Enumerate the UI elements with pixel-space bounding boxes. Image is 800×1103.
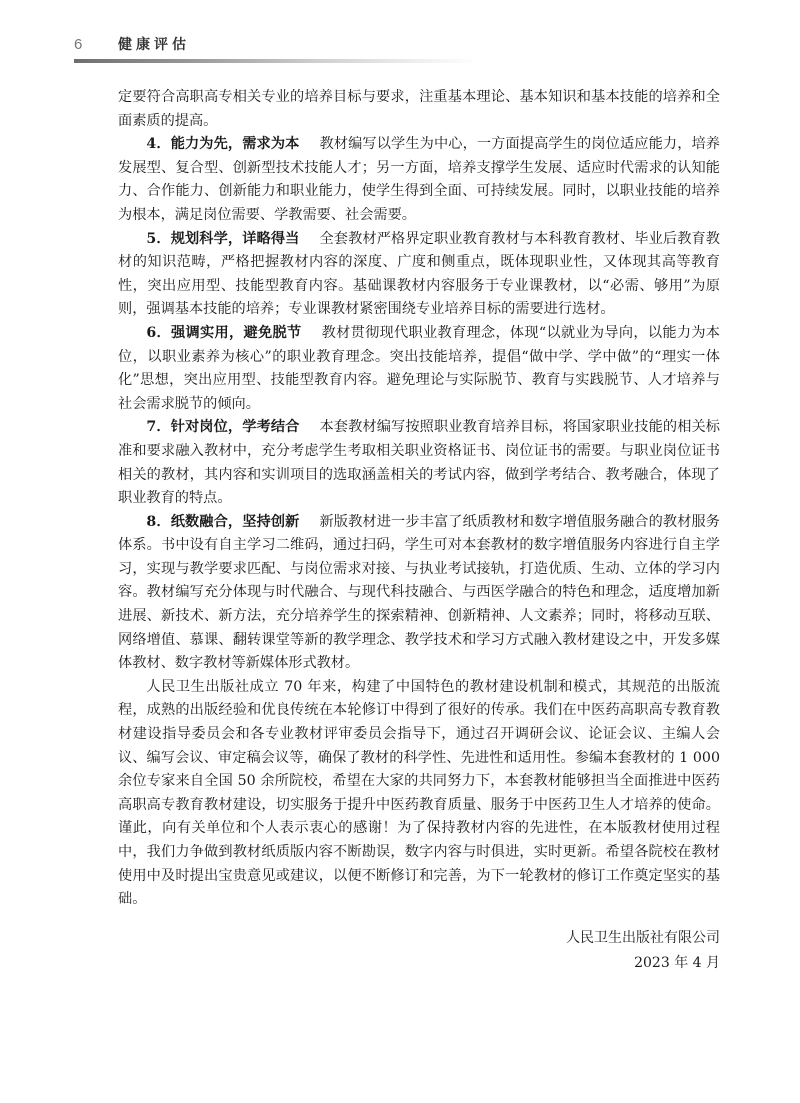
running-title: 健康评估 bbox=[118, 36, 190, 54]
item-heading: 6．强调实用，避免脱节 bbox=[146, 325, 301, 341]
header-rule bbox=[74, 59, 479, 63]
item-paragraph-8: 8．纸数融合，坚持创新新版教材进一步丰富了纸质教材和数字增值服务融合的教材服务体… bbox=[118, 511, 720, 676]
item-paragraph-4: 4．能力为先，需求为本教材编写以学生为中心，一方面提高学生的岗位适应能力，培养发… bbox=[118, 133, 720, 227]
item-heading: 5．规划科学，详略得当 bbox=[146, 231, 299, 247]
body-text: 定要符合高职高专相关专业的培养目标与要求，注重基本理论、基本知识和基本技能的培养… bbox=[118, 86, 720, 912]
publication-date: 2023 年 4 月 bbox=[566, 951, 720, 976]
item-heading: 4．能力为先，需求为本 bbox=[146, 136, 299, 152]
continuation-paragraph: 定要符合高职高专相关专业的培养目标与要求，注重基本理论、基本知识和基本技能的培养… bbox=[118, 86, 720, 133]
signature-block: 人民卫生出版社有限公司 2023 年 4 月 bbox=[566, 926, 720, 976]
item-heading: 7．针对岗位，学考结合 bbox=[146, 419, 299, 435]
closing-paragraph: 人民卫生出版社成立 70 年来，构建了中国特色的教材建设机制和模式，其规范的出版… bbox=[118, 676, 720, 912]
publisher-name: 人民卫生出版社有限公司 bbox=[566, 926, 720, 951]
page-number: 6 bbox=[74, 36, 82, 54]
item-text: 新版教材进一步丰富了纸质教材和数字增值服务融合的教材服务体系。书中设有自主学习二… bbox=[118, 514, 720, 672]
item-paragraph-6: 6．强调实用，避免脱节教材贯彻现代职业教育理念，体现“以就业为导向，以能力为本位… bbox=[118, 322, 720, 416]
item-heading: 8．纸数融合，坚持创新 bbox=[146, 514, 299, 530]
item-paragraph-5: 5．规划科学，详略得当全套教材严格界定职业教育教材与本科教育教材、毕业后教育教材… bbox=[118, 228, 720, 322]
item-paragraph-7: 7．针对岗位，学考结合本套教材编写按照职业教育培养目标，将国家职业技能的相关标准… bbox=[118, 416, 720, 510]
